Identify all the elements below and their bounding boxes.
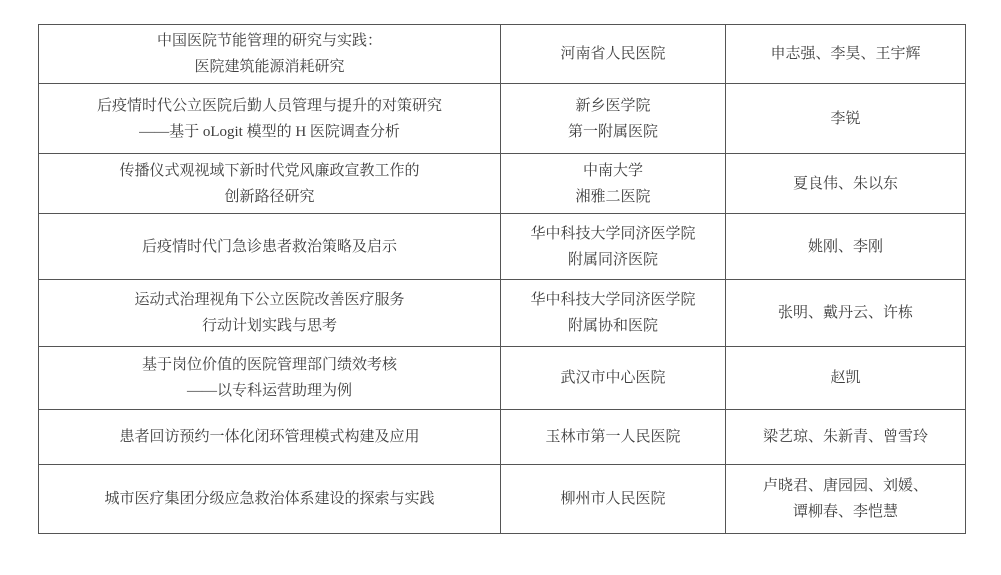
paper-title-cell: 城市医疗集团分级应急救治体系建设的探索与实践 bbox=[39, 465, 501, 534]
cell-text-line: 河南省人民医院 bbox=[511, 41, 715, 67]
institution-cell: 柳州市人民医院 bbox=[501, 465, 726, 534]
papers-table-body: 中国医院节能管理的研究与实践：医院建筑能源消耗研究河南省人民医院申志强、李昊、王… bbox=[39, 25, 966, 534]
cell-text-line: 基于岗位价值的医院管理部门绩效考核 bbox=[49, 352, 490, 378]
paper-title-cell: 传播仪式观视域下新时代党风廉政宣教工作的创新路径研究 bbox=[39, 154, 501, 214]
institution-cell: 华中科技大学同济医学院附属同济医院 bbox=[501, 214, 726, 280]
table-row: 城市医疗集团分级应急救治体系建设的探索与实践柳州市人民医院卢晓君、唐园园、刘媛、… bbox=[39, 465, 966, 534]
document-page: 中国医院节能管理的研究与实践：医院建筑能源消耗研究河南省人民医院申志强、李昊、王… bbox=[0, 0, 1001, 575]
cell-text-line: 运动式治理视角下公立医院改善医疗服务 bbox=[49, 287, 490, 313]
paper-title-cell: 基于岗位价值的医院管理部门绩效考核——以专科运营助理为例 bbox=[39, 347, 501, 410]
cell-text-line: ——以专科运营助理为例 bbox=[49, 378, 490, 404]
authors-cell: 李锐 bbox=[726, 84, 966, 154]
cell-text-line: 卢晓君、唐园园、刘媛、 bbox=[736, 473, 955, 499]
cell-text-line: 附属同济医院 bbox=[511, 247, 715, 273]
authors-cell: 张明、戴丹云、许栋 bbox=[726, 280, 966, 347]
institution-cell: 中南大学湘雅二医院 bbox=[501, 154, 726, 214]
cell-text-line: 赵凯 bbox=[736, 365, 955, 391]
table-row: 中国医院节能管理的研究与实践：医院建筑能源消耗研究河南省人民医院申志强、李昊、王… bbox=[39, 25, 966, 84]
cell-text-line: 湘雅二医院 bbox=[511, 184, 715, 210]
authors-cell: 夏良伟、朱以东 bbox=[726, 154, 966, 214]
cell-text-line: 患者回访预约一体化闭环管理模式构建及应用 bbox=[49, 424, 490, 450]
cell-text-line: 李锐 bbox=[736, 106, 955, 132]
cell-text-line: 华中科技大学同济医学院 bbox=[511, 287, 715, 313]
cell-text-line: 传播仪式观视域下新时代党风廉政宣教工作的 bbox=[49, 158, 490, 184]
paper-title-cell: 患者回访预约一体化闭环管理模式构建及应用 bbox=[39, 410, 501, 465]
authors-cell: 申志强、李昊、王宇辉 bbox=[726, 25, 966, 84]
cell-text-line: 玉林市第一人民医院 bbox=[511, 424, 715, 450]
table-row: 运动式治理视角下公立医院改善医疗服务行动计划实践与思考华中科技大学同济医学院附属… bbox=[39, 280, 966, 347]
institution-cell: 武汉市中心医院 bbox=[501, 347, 726, 410]
table-row: 基于岗位价值的医院管理部门绩效考核——以专科运营助理为例武汉市中心医院赵凯 bbox=[39, 347, 966, 410]
paper-title-cell: 后疫情时代公立医院后勤人员管理与提升的对策研究——基于 oLogit 模型的 H… bbox=[39, 84, 501, 154]
cell-text-line: 医院建筑能源消耗研究 bbox=[49, 54, 490, 80]
paper-title-cell: 中国医院节能管理的研究与实践：医院建筑能源消耗研究 bbox=[39, 25, 501, 84]
cell-text-line: 第一附属医院 bbox=[511, 119, 715, 145]
cell-text-line: 行动计划实践与思考 bbox=[49, 313, 490, 339]
authors-cell: 姚刚、李刚 bbox=[726, 214, 966, 280]
cell-text-line: 武汉市中心医院 bbox=[511, 365, 715, 391]
authors-cell: 梁艺琼、朱新青、曾雪玲 bbox=[726, 410, 966, 465]
institution-cell: 河南省人民医院 bbox=[501, 25, 726, 84]
paper-title-cell: 运动式治理视角下公立医院改善医疗服务行动计划实践与思考 bbox=[39, 280, 501, 347]
cell-text-line: 华中科技大学同济医学院 bbox=[511, 221, 715, 247]
cell-text-line: 城市医疗集团分级应急救治体系建设的探索与实践 bbox=[49, 486, 490, 512]
authors-cell: 卢晓君、唐园园、刘媛、谭柳春、李恺慧 bbox=[726, 465, 966, 534]
cell-text-line: 姚刚、李刚 bbox=[736, 234, 955, 260]
table-row: 后疫情时代公立医院后勤人员管理与提升的对策研究——基于 oLogit 模型的 H… bbox=[39, 84, 966, 154]
cell-text-line: 谭柳春、李恺慧 bbox=[736, 499, 955, 525]
cell-text-line: 张明、戴丹云、许栋 bbox=[736, 300, 955, 326]
cell-text-line: 附属协和医院 bbox=[511, 313, 715, 339]
cell-text-line: 后疫情时代门急诊患者救治策略及启示 bbox=[49, 234, 490, 260]
table-row: 后疫情时代门急诊患者救治策略及启示华中科技大学同济医学院附属同济医院姚刚、李刚 bbox=[39, 214, 966, 280]
authors-cell: 赵凯 bbox=[726, 347, 966, 410]
cell-text-line: 后疫情时代公立医院后勤人员管理与提升的对策研究 bbox=[49, 93, 490, 119]
cell-text-line: 申志强、李昊、王宇辉 bbox=[736, 41, 955, 67]
cell-text-line: 夏良伟、朱以东 bbox=[736, 171, 955, 197]
table-row: 传播仪式观视域下新时代党风廉政宣教工作的创新路径研究中南大学湘雅二医院夏良伟、朱… bbox=[39, 154, 966, 214]
cell-text-line: 中国医院节能管理的研究与实践： bbox=[49, 28, 490, 54]
cell-text-line: 梁艺琼、朱新青、曾雪玲 bbox=[736, 424, 955, 450]
cell-text-line: 中南大学 bbox=[511, 158, 715, 184]
paper-title-cell: 后疫情时代门急诊患者救治策略及启示 bbox=[39, 214, 501, 280]
cell-text-line: 新乡医学院 bbox=[511, 93, 715, 119]
table-row: 患者回访预约一体化闭环管理模式构建及应用玉林市第一人民医院梁艺琼、朱新青、曾雪玲 bbox=[39, 410, 966, 465]
papers-table: 中国医院节能管理的研究与实践：医院建筑能源消耗研究河南省人民医院申志强、李昊、王… bbox=[38, 24, 966, 534]
cell-text-line: ——基于 oLogit 模型的 H 医院调查分析 bbox=[49, 119, 490, 145]
institution-cell: 玉林市第一人民医院 bbox=[501, 410, 726, 465]
cell-text-line: 柳州市人民医院 bbox=[511, 486, 715, 512]
cell-text-line: 创新路径研究 bbox=[49, 184, 490, 210]
institution-cell: 华中科技大学同济医学院附属协和医院 bbox=[501, 280, 726, 347]
institution-cell: 新乡医学院第一附属医院 bbox=[501, 84, 726, 154]
